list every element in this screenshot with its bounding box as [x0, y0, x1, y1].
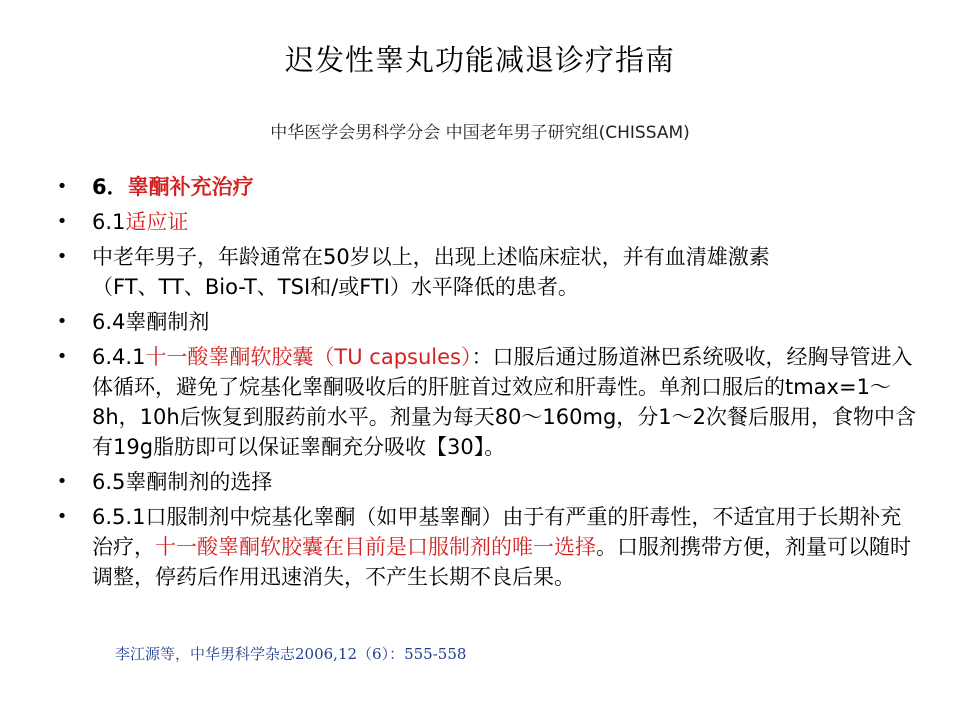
- bullet-section-6-5: • 6.5睾酮制剂的选择: [56, 467, 916, 497]
- citation-reference: 李江源等，中华男科学杂志2006,12（6）：555-558: [115, 643, 466, 664]
- section-number: 6.1: [92, 210, 125, 234]
- slide-title: 迟发性睾丸功能减退诊疗指南: [0, 38, 960, 79]
- highlighted-drug-name: 十一酸睾酮软胶囊（TU capsules）: [145, 345, 471, 369]
- paragraph-line: 中老年男子，年龄通常在50岁以上，出现上述临床症状，并有血清雄激素: [92, 245, 770, 269]
- highlighted-conclusion: 十一酸睾酮软胶囊在目前是口服制剂的唯一选择: [155, 535, 596, 559]
- bullet-dot-icon: •: [56, 467, 68, 497]
- bullet-section-6-5-1: • 6.5.1口服制剂中烷基化睾酮（如甲基睾酮）由于有严重的肝毒性，不适宜用于长…: [56, 502, 916, 592]
- bullet-dot-icon: •: [56, 242, 68, 272]
- bullet-dot-icon: •: [56, 502, 68, 532]
- section-number: 6.4.1: [92, 345, 145, 369]
- section-heading: 睾酮补充治疗: [128, 175, 254, 199]
- section-number: 6.5.1: [92, 505, 145, 529]
- bullet-dot-icon: •: [56, 172, 68, 202]
- section-heading: 适应证: [125, 210, 188, 234]
- section-number: 6.4: [92, 310, 125, 334]
- bullet-list: • 6．睾酮补充治疗 • 6.1适应证 • 中老年男子，年龄通常在50岁以上，出…: [56, 172, 916, 597]
- section-number: 6．: [92, 175, 128, 199]
- section-heading: 睾酮制剂的选择: [125, 470, 272, 494]
- slide-subtitle: 中华医学会男科学分会 中国老年男子研究组(CHISSAM): [0, 118, 960, 143]
- bullet-section-6-4-1: • 6.4.1十一酸睾酮软胶囊（TU capsules）：口服后通过肠道淋巴系统…: [56, 342, 916, 462]
- bullet-dot-icon: •: [56, 207, 68, 237]
- bullet-section-6-1: • 6.1适应证: [56, 207, 916, 237]
- bullet-dot-icon: •: [56, 307, 68, 337]
- paragraph-line: （FT、TT、Bio-T、TSI和/或FTI）水平降低的患者。: [92, 275, 579, 299]
- bullet-section-6-4: • 6.4睾酮制剂: [56, 307, 916, 337]
- bullet-section-6: • 6．睾酮补充治疗: [56, 172, 916, 202]
- bullet-dot-icon: •: [56, 342, 68, 372]
- section-heading: 睾酮制剂: [125, 310, 209, 334]
- bullet-indications-text: • 中老年男子，年龄通常在50岁以上，出现上述临床症状，并有血清雄激素 （FT、…: [56, 242, 916, 302]
- section-number: 6.5: [92, 470, 125, 494]
